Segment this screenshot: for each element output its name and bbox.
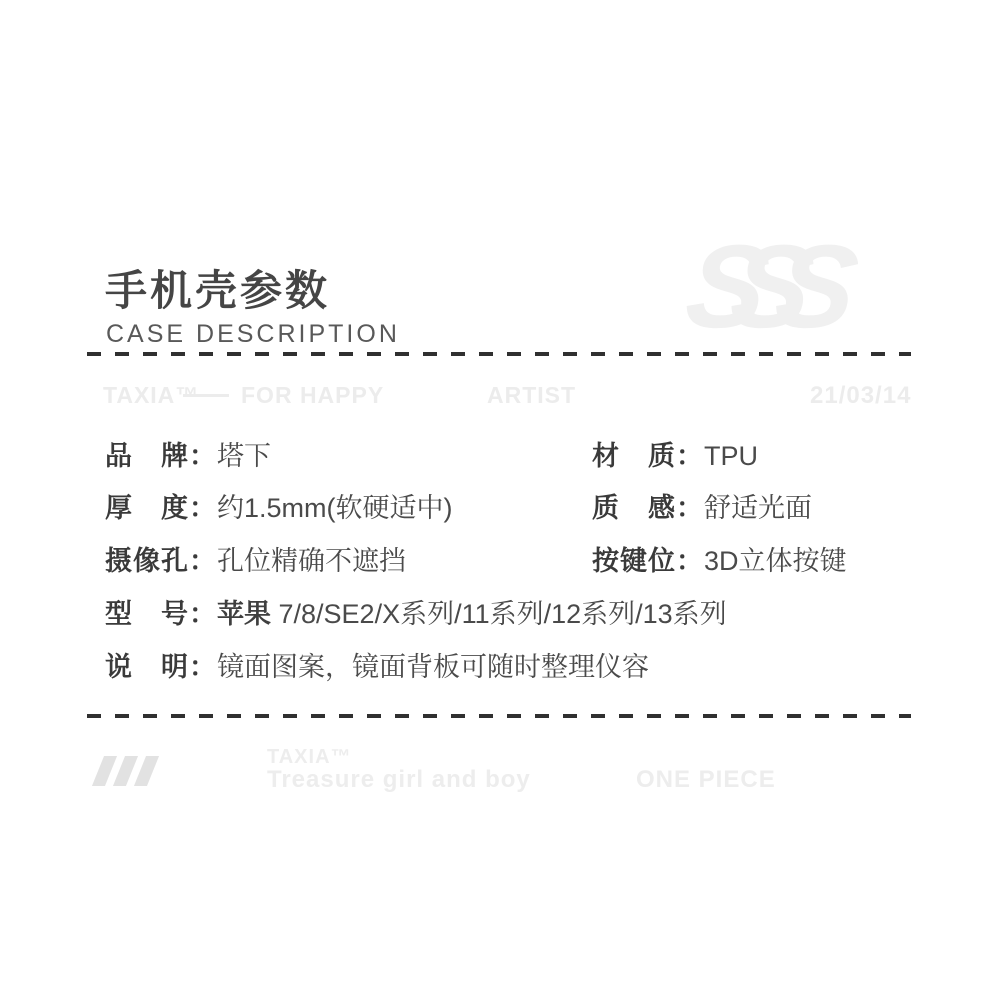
param-value-brand: 苹果 [217,599,271,629]
footer-tagline: Treasure girl and boy [267,766,531,794]
page-subtitle: CASE DESCRIPTION [106,320,400,349]
bottom-dashed-divider [87,714,911,718]
footer-one-piece-label: ONE PIECE [636,766,776,794]
page-title: 手机壳参数 [105,268,330,314]
top-dashed-divider [87,352,911,356]
param-row-thickness: 厚 度：约1.5mm(软硬适中) [105,490,453,526]
triple-slash-icon [98,756,168,786]
slash-bar [134,756,159,786]
param-label: 材 质： [592,441,704,471]
param-label: 厚 度： [105,493,217,523]
param-value: TPU [704,441,758,471]
slash-bar [113,756,138,786]
param-row-description: 说 明：镜面图案，镜面背板可随时整理仪容 [105,649,649,685]
meta-tagline: FOR HAPPY [241,382,384,409]
param-label: 摄像孔： [105,546,217,576]
param-value: 孔位精确不遮挡 [217,546,406,576]
param-row-buttons: 按键位：3D立体按键 [592,543,847,579]
param-row-texture: 质 感：舒适光面 [592,490,812,526]
meta-date: 21/03/14 [810,382,911,410]
param-label: 按键位： [592,546,704,576]
meta-artist-label: ARTIST [487,382,576,409]
param-value: 约1.5mm(软硬适中) [217,493,453,523]
meta-dash-rule [183,394,229,397]
param-label: 品 牌： [105,441,217,471]
param-value: 塔下 [217,441,271,471]
param-row-model: 型 号：苹果 7/8/SE2/X系列/11系列/12系列/13系列 [105,596,727,632]
slash-bar [92,756,117,786]
param-value: 镜面图案，镜面背板可随时整理仪容 [217,652,649,682]
param-value: 7/8/SE2/X系列/11系列/12系列/13系列 [271,599,727,629]
param-value: 3D立体按键 [704,546,847,576]
param-row-brand: 品 牌：塔下 [105,438,271,474]
param-row-material: 材 质：TPU [592,438,758,474]
product-spec-sheet: SSS 手机壳参数 CASE DESCRIPTION TAXIA™ FOR HA… [0,0,1000,1000]
param-label: 质 感： [592,493,704,523]
param-row-camera-hole: 摄像孔：孔位精确不遮挡 [105,543,406,579]
param-value: 舒适光面 [704,493,812,523]
sss-watermark: SSS [680,228,831,346]
param-label: 型 号： [105,599,217,629]
param-label: 说 明： [105,652,217,682]
meta-row: TAXIA™ FOR HAPPY ARTIST 21/03/14 [0,382,1000,412]
